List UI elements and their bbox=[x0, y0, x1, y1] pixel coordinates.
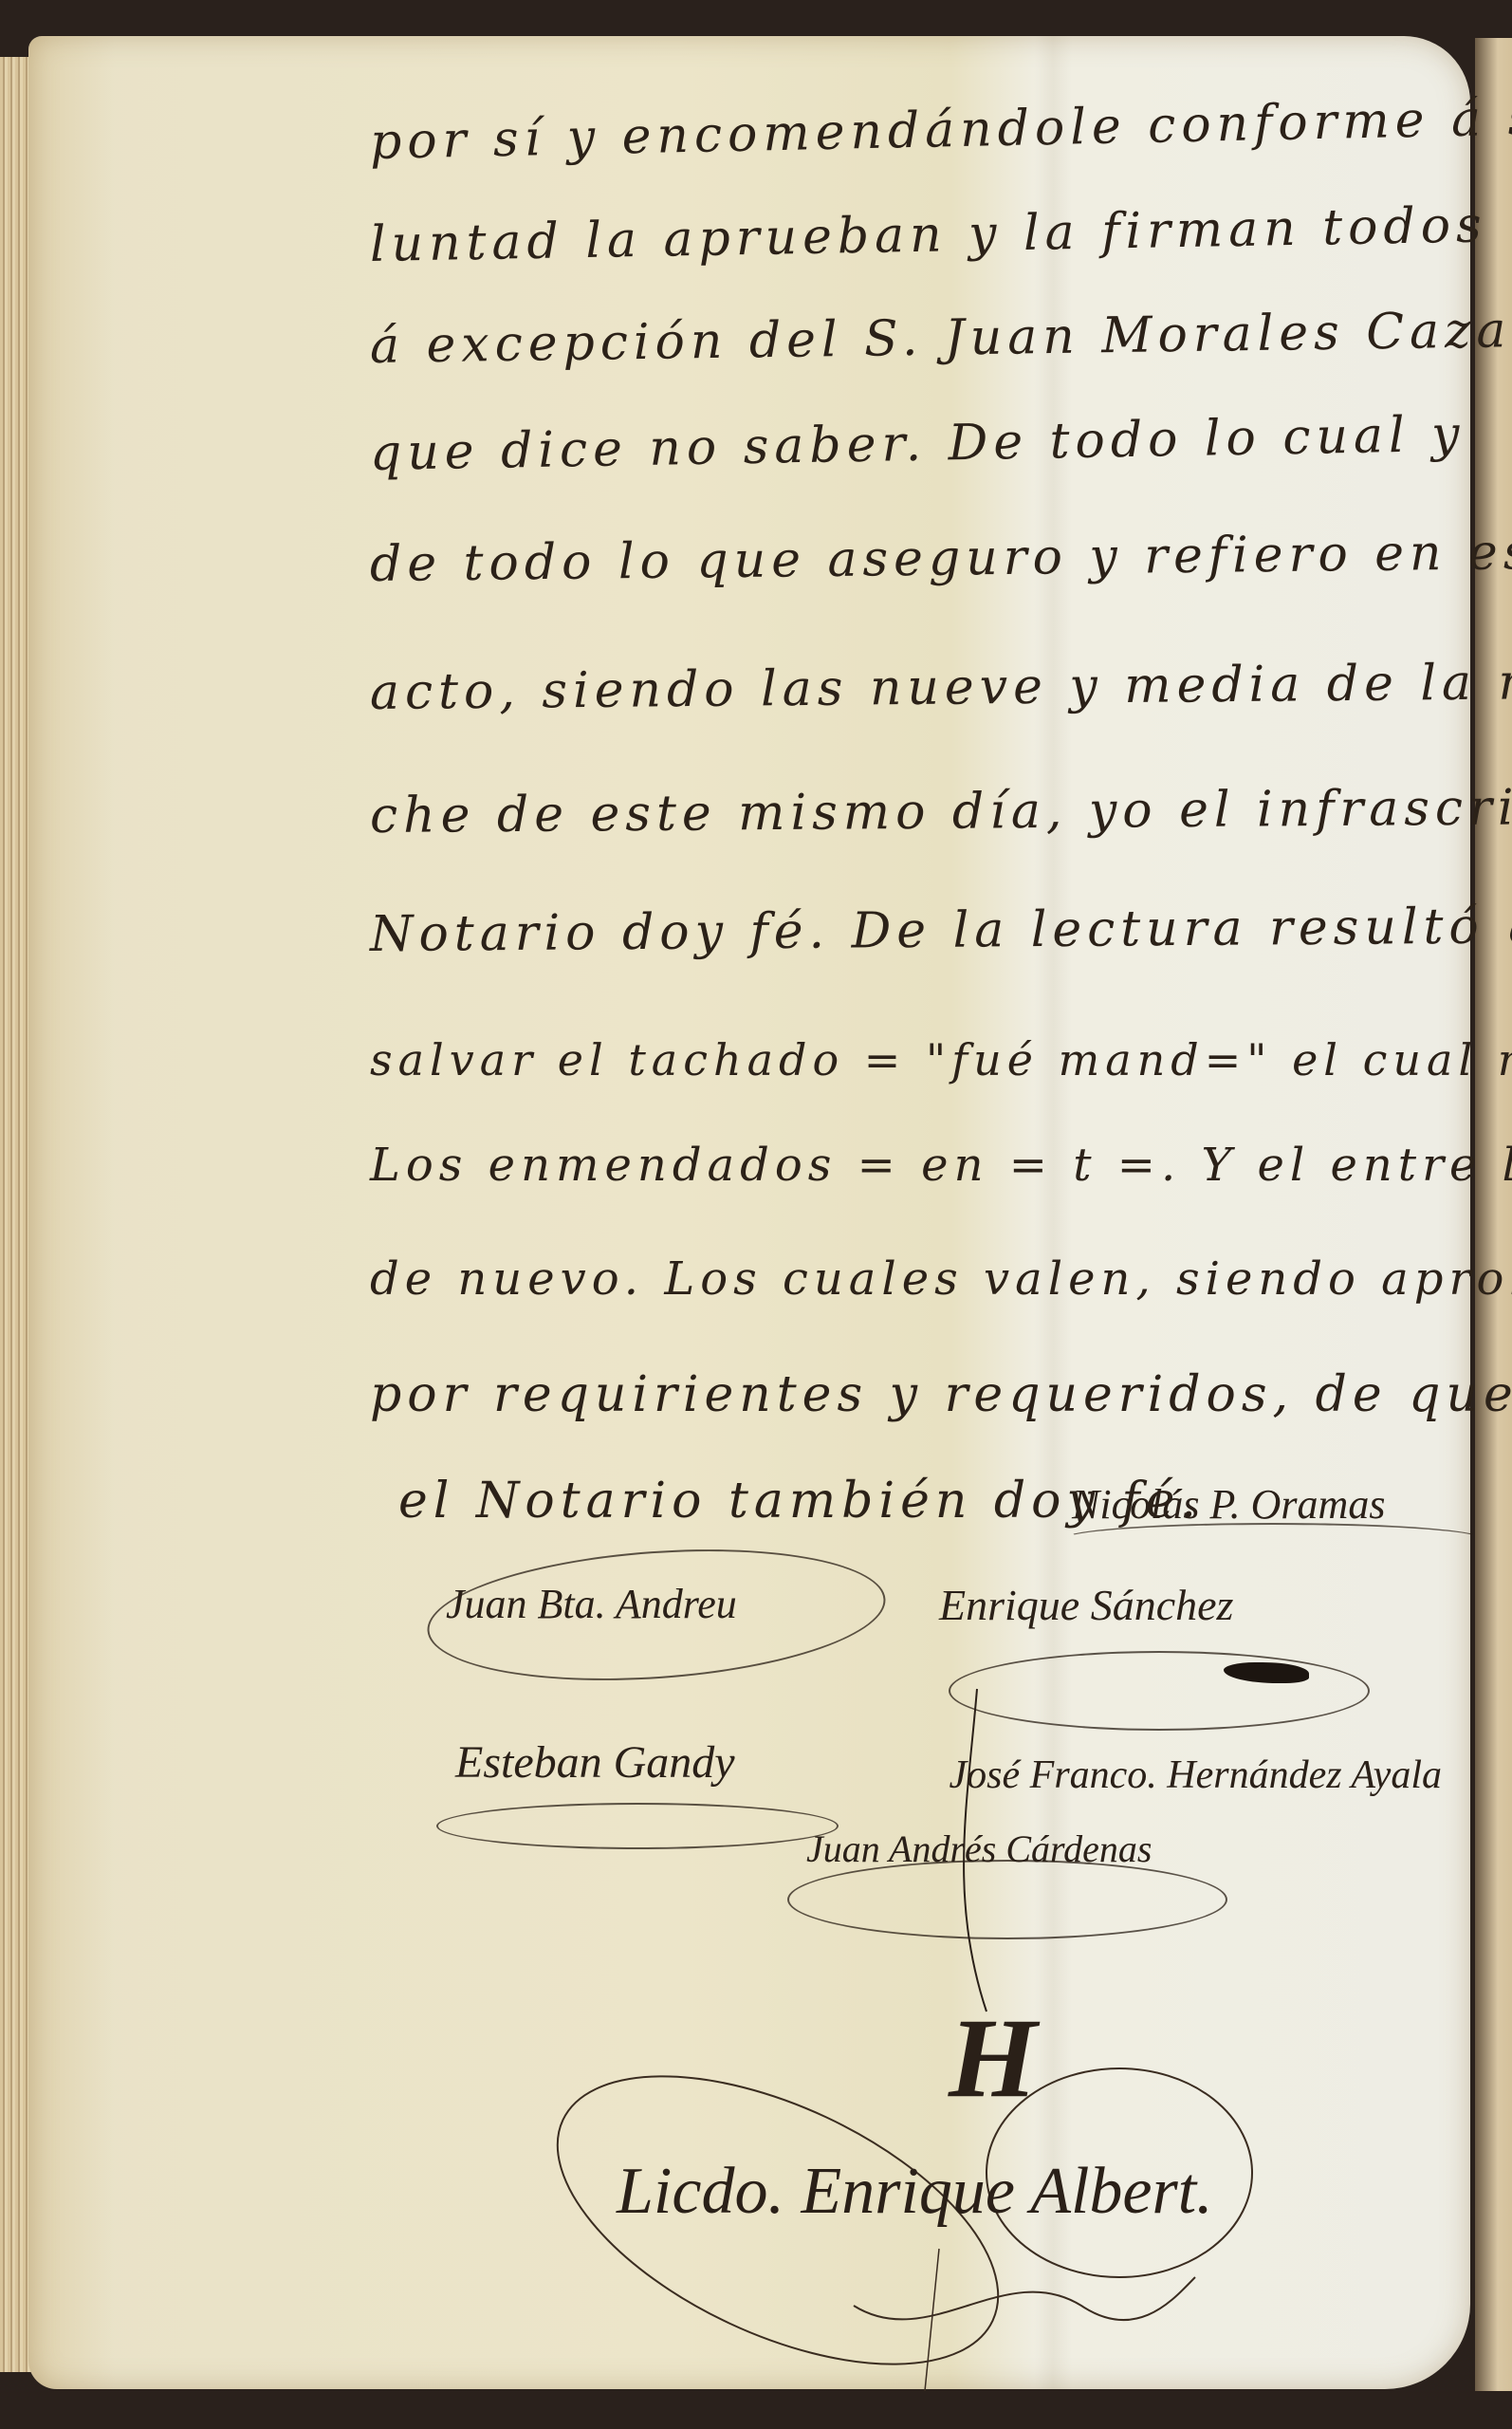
notary-monogram: H bbox=[949, 1993, 1037, 2123]
notary-flourish-lines bbox=[0, 0, 1512, 2429]
notary-signature-text: Licdo. Enrique Albert. bbox=[617, 2154, 1213, 2230]
